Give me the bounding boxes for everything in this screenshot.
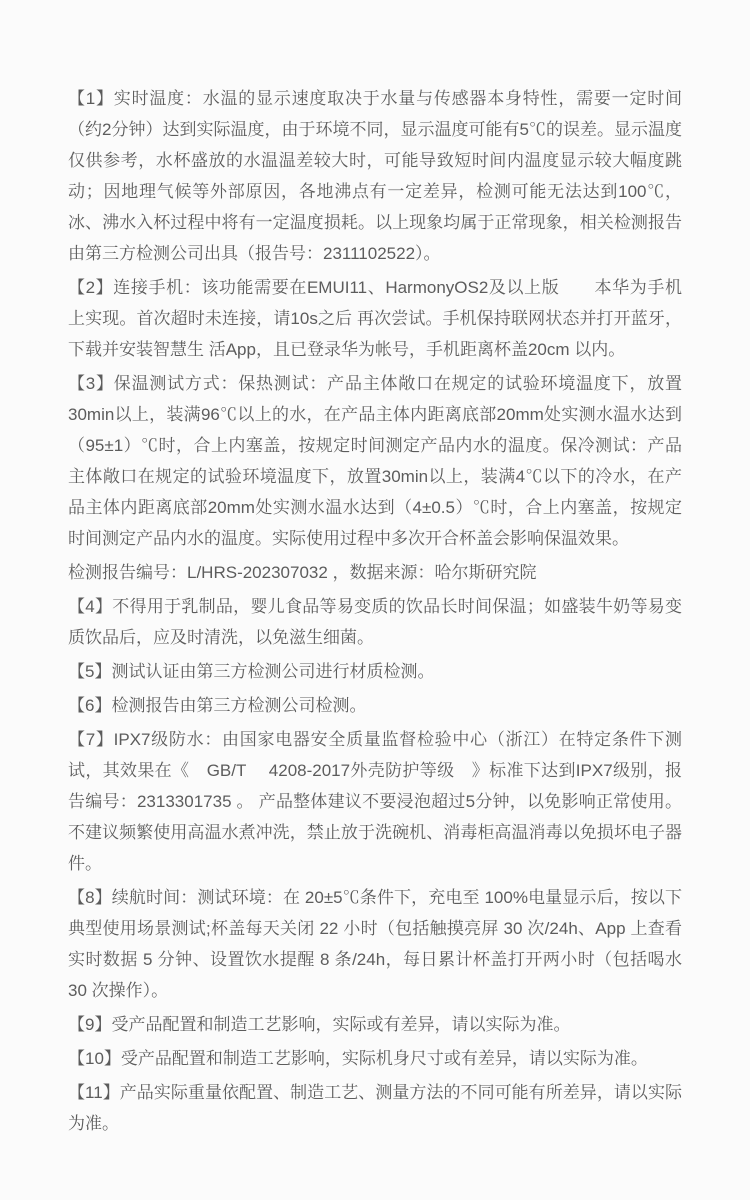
disclaimer-note-9: 【9】受产品配置和制造工艺影响，实际或有差异，请以实际为准。 [68,1009,682,1040]
disclaimer-page: 【1】实时温度：水温的显示速度取决于水量与传感器本身特性，需要一定时间（约2分钟… [0,0,750,1200]
disclaimer-note-8: 【8】续航时间：测试环境：在 20±5℃条件下，充电至 100%电量显示后，按以… [68,882,682,1006]
disclaimer-note-10: 【10】受产品配置和制造工艺影响，实际机身尺寸或有差异，请以实际为准。 [68,1043,682,1074]
disclaimer-note-2: 【2】连接手机：该功能需要在EMUI11、HarmonyOS2及以上版 本华为手… [68,272,682,365]
disclaimer-note-3: 【3】保温测试方式：保热测试：产品主体敞口在规定的试验环境温度下，放置30min… [68,368,682,554]
disclaimer-note-5: 【5】测试认证由第三方检测公司进行材质检测。 [68,656,682,687]
disclaimer-note-11: 【11】产品实际重量依配置、制造工艺、测量方法的不同可能有所差异，请以实际为准。 [68,1077,682,1139]
disclaimer-note-7: 【7】IPX7级防水：由国家电器安全质量监督检验中心（浙江）在特定条件下测试，其… [68,724,682,879]
disclaimer-note-4: 【4】不得用于乳制品，婴儿食品等易变质的饮品长时间保温；如盛装牛奶等易变质饮品后… [68,591,682,653]
disclaimer-note-6: 【6】检测报告由第三方检测公司检测。 [68,690,682,721]
disclaimer-note-3-report: 检测报告编号：L/HRS-202307032 ，数据来源：哈尔斯研究院 [68,557,682,588]
disclaimer-note-1: 【1】实时温度：水温的显示速度取决于水量与传感器本身特性，需要一定时间（约2分钟… [68,83,682,269]
